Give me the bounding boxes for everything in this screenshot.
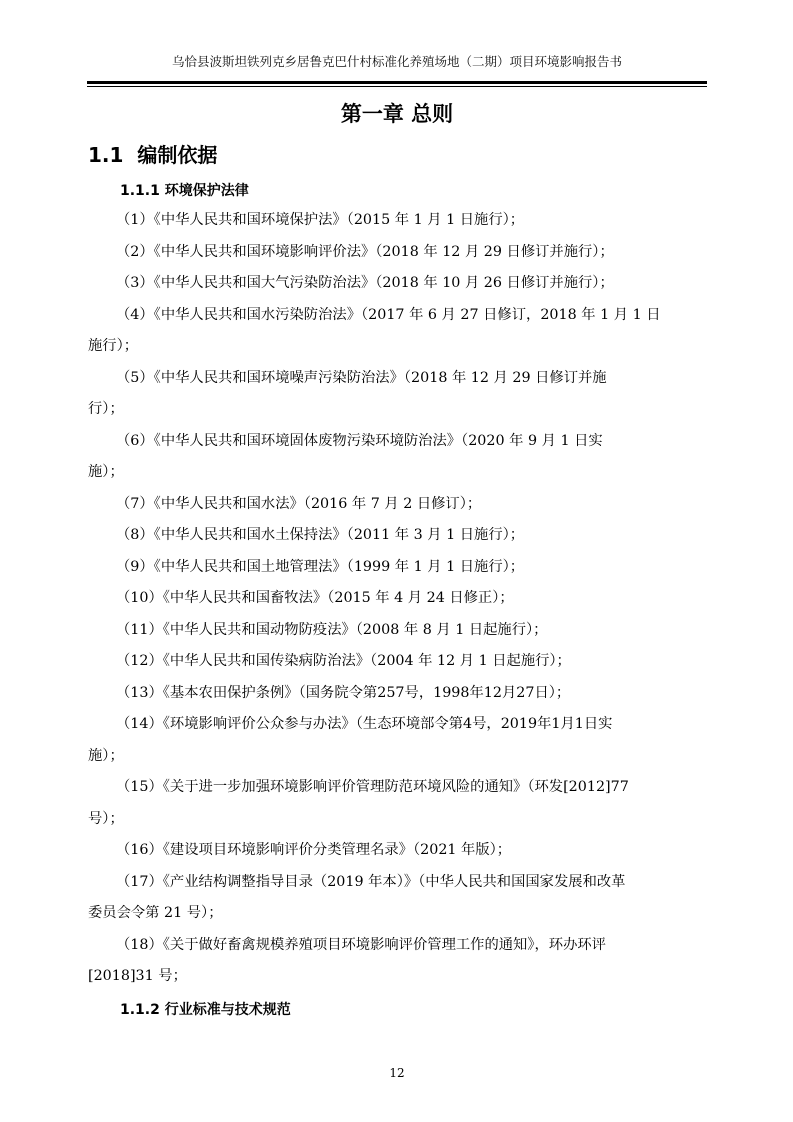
list-item-continuation: 施）； bbox=[88, 741, 708, 773]
list-item-continuation: [2018]31 号； bbox=[88, 961, 708, 993]
page-header: 乌恰县波斯坦铁列克乡居鲁克巴什村标准化养殖场地（二期）项目环境影响报告书 bbox=[87, 52, 707, 70]
list-item: （8）《中华人民共和国水土保持法》（2011 年 3 月 1 日施行）； bbox=[88, 520, 708, 552]
list-item: （15）《关于进一步加强环境影响评价管理防范环境风险的通知》（环发[2012]7… bbox=[88, 772, 708, 835]
list-item: （16）《建设项目环境影响评价分类管理名录》（2021 年版）； bbox=[88, 835, 708, 867]
header-rule-thick bbox=[87, 81, 707, 84]
list-item-text: （15）《关于进一步加强环境影响评价管理防范环境风险的通知》（环发[2012]7… bbox=[88, 772, 708, 804]
list-item-text: （2）《中华人民共和国环境影响评价法》（2018 年 12 月 29 日修订并施… bbox=[88, 237, 708, 269]
section-number: 1.1 bbox=[88, 143, 123, 167]
list-item: （4）《中华人民共和国水污染防治法》（2017 年 6 月 27 日修订，201… bbox=[88, 300, 708, 363]
list-item: （13）《基本农田保护条例》（国务院令第257号，1998年12月27日）； bbox=[88, 678, 708, 710]
list-item-text: （14）《环境影响评价公众参与办法》（生态环境部令第4号，2019年1月1日实 bbox=[88, 709, 708, 741]
list-item-text: （13）《基本农田保护条例》（国务院令第257号，1998年12月27日）； bbox=[88, 678, 708, 710]
list-item-text: （18）《关于做好畜禽规模养殖项目环境影响评价管理工作的通知》，环办环评 bbox=[88, 930, 708, 962]
list-item-text: （17）《产业结构调整指导目录（2019 年本）》（中华人民共和国国家发展和改革 bbox=[88, 867, 708, 899]
list-item-text: （8）《中华人民共和国水土保持法》（2011 年 3 月 1 日施行）； bbox=[88, 520, 708, 552]
list-item: （7）《中华人民共和国水法》（2016 年 7 月 2 日修订）； bbox=[88, 489, 708, 521]
section-title: 编制依据 bbox=[137, 143, 217, 167]
list-item-text: （5）《中华人民共和国环境噪声污染防治法》（2018 年 12 月 29 日修订… bbox=[88, 363, 708, 395]
list-item-text: （11）《中华人民共和国动物防疫法》（2008 年 8 月 1 日起施行）； bbox=[88, 615, 708, 647]
page-number: 12 bbox=[87, 1066, 707, 1080]
list-item: （5）《中华人民共和国环境噪声污染防治法》（2018 年 12 月 29 日修订… bbox=[88, 363, 708, 426]
list-item: （1）《中华人民共和国环境保护法》（2015 年 1 月 1 日施行）； bbox=[88, 205, 708, 237]
list-item-text: （1）《中华人民共和国环境保护法》（2015 年 1 月 1 日施行）； bbox=[88, 205, 708, 237]
list-item-text: （6）《中华人民共和国环境固体废物污染环境防治法》（2020 年 9 月 1 日… bbox=[88, 426, 708, 458]
list-item-continuation: 施）； bbox=[88, 457, 708, 489]
list-item-text: （16）《建设项目环境影响评价分类管理名录》（2021 年版）； bbox=[88, 835, 708, 867]
list-item-text: （3）《中华人民共和国大气污染防治法》（2018 年 10 月 26 日修订并施… bbox=[88, 268, 708, 300]
subsection-heading-1: 1.1.1 环境保护法律 bbox=[120, 180, 249, 200]
list-item: （12）《中华人民共和国传染病防治法》（2004 年 12 月 1 日起施行）； bbox=[88, 646, 708, 678]
list-item: （10）《中华人民共和国畜牧法》（2015 年 4 月 24 日修正）； bbox=[88, 583, 708, 615]
list-item: （18）《关于做好畜禽规模养殖项目环境影响评价管理工作的通知》，环办环评[201… bbox=[88, 930, 708, 993]
list-item-continuation: 行）； bbox=[88, 394, 708, 426]
list-item-continuation: 号）； bbox=[88, 804, 708, 836]
list-item: （17）《产业结构调整指导目录（2019 年本）》（中华人民共和国国家发展和改革… bbox=[88, 867, 708, 930]
list-item-text: （10）《中华人民共和国畜牧法》（2015 年 4 月 24 日修正）； bbox=[88, 583, 708, 615]
list-item-text: （12）《中华人民共和国传染病防治法》（2004 年 12 月 1 日起施行）； bbox=[88, 646, 708, 678]
list-item: （2）《中华人民共和国环境影响评价法》（2018 年 12 月 29 日修订并施… bbox=[88, 237, 708, 269]
list-item: （3）《中华人民共和国大气污染防治法》（2018 年 10 月 26 日修订并施… bbox=[88, 268, 708, 300]
list-item-text: （7）《中华人民共和国水法》（2016 年 7 月 2 日修订）； bbox=[88, 489, 708, 521]
list-item: （14）《环境影响评价公众参与办法》（生态环境部令第4号，2019年1月1日实施… bbox=[88, 709, 708, 772]
list-item-text: （4）《中华人民共和国水污染防治法》（2017 年 6 月 27 日修订，201… bbox=[88, 300, 708, 332]
list-item-continuation: 委员会令第 21 号）； bbox=[88, 898, 708, 930]
section-heading: 1.1 编制依据 bbox=[88, 139, 217, 168]
list-item: （9）《中华人民共和国土地管理法》（1999 年 1 月 1 日施行）； bbox=[88, 552, 708, 584]
subsection-heading-2: 1.1.2 行业标准与技术规范 bbox=[120, 999, 291, 1019]
list-item-text: （9）《中华人民共和国土地管理法》（1999 年 1 月 1 日施行）； bbox=[88, 552, 708, 584]
list-item: （6）《中华人民共和国环境固体废物污染环境防治法》（2020 年 9 月 1 日… bbox=[88, 426, 708, 489]
header-rule-thin bbox=[87, 86, 707, 87]
list-item: （11）《中华人民共和国动物防疫法》（2008 年 8 月 1 日起施行）； bbox=[88, 615, 708, 647]
chapter-title: 第一章 总则 bbox=[87, 98, 707, 128]
list-item-continuation: 施行）； bbox=[88, 331, 708, 363]
